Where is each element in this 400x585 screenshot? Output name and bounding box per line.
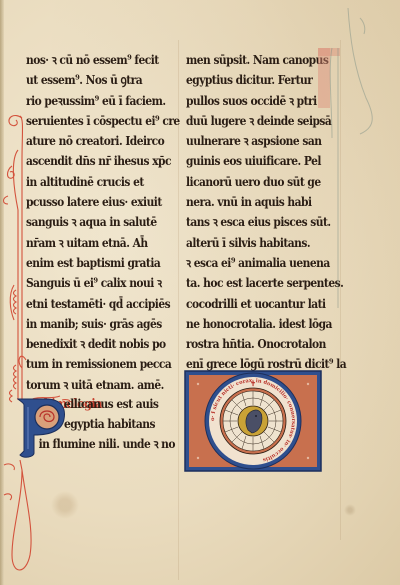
text-line: pcusso latere eius· exiuit	[26, 192, 155, 212]
text-line: ꝛ esca ei⁹ animalia uenena	[186, 253, 313, 273]
text-line: rostra hn̄tia. Onocrotalon	[186, 334, 313, 354]
initial-paragraph-last: in flumine nili. unde ꝛ no	[30, 434, 180, 454]
text-line: egyptia habitans	[64, 414, 159, 434]
text-line: sanguis ꝛ aqua in salutē	[26, 212, 155, 232]
text-line: rio peꝛussim⁹ eū ī faciem.	[26, 91, 155, 111]
text-line: uulnerare ꝛ aspsione san	[186, 131, 313, 151]
text-line: enim est baptismi gratia	[26, 253, 155, 273]
right-text-column: men sūpsit. Nam canopus egyptius dicitur…	[186, 50, 334, 395]
text-line: Sanguis ū ei⁹ calix noui ꝛ	[26, 273, 155, 293]
text-line: in flumine nili. unde ꝛ no	[30, 434, 159, 454]
text-line: ut essem⁹. Nos ū ꝯtra	[26, 70, 155, 90]
text-line: nr̄am ꝛ uitam etnā. Ah̄	[26, 233, 155, 253]
text-line: duū lugere ꝛ deinde seipsā	[186, 111, 313, 131]
text-line: benedixit ꝛ dedit nobis po	[26, 334, 155, 354]
text-line: ature nō creatori. Ideirco	[26, 131, 155, 151]
text-line: pullos suos occidē ꝛ ptri	[186, 91, 313, 111]
text-line: men sūpsit. Nam canopus	[186, 50, 313, 70]
text-line: nos· ꝛ cū nō essem⁹ fecit	[26, 50, 155, 70]
text-line: etni testamēti· qd̄ accipiēs	[26, 294, 155, 314]
text-line: in altitudinē crucis et	[26, 172, 155, 192]
text-line: egyptius dicitur. Fertur	[186, 70, 313, 90]
text-line: tum in remissionem pecca	[26, 354, 155, 374]
initial-paragraph: ellicanus est auis egyptia habitans	[64, 394, 174, 435]
text-line: ellicanus est auis	[64, 394, 159, 414]
text-line: guinis eos uiuificare. Pel	[186, 151, 313, 171]
text-line: tans ꝛ esca eius pisces sūt.	[186, 212, 313, 232]
text-line: torum ꝛ uitā etnam. amē.	[26, 375, 155, 395]
text-line: in manib; suis· grās agēs	[26, 314, 155, 334]
text-line: ascendit dn̄s nr̄ ihesus xp̄c	[26, 151, 155, 171]
text-line: seruientes ī cōspectu ei⁹ cre	[26, 111, 155, 131]
text-line: nera. vnū in aquis habi	[186, 192, 313, 212]
text-line: licanorū uero duo sūt ge	[186, 172, 313, 192]
text-line: ta. hoc est lacerte serpentes.	[186, 273, 313, 293]
manuscript-page: nos· ꝛ cū nō essem⁹ fecit ut essem⁹. Nos…	[0, 0, 400, 585]
text-line: cocodrilli et uocantur lati	[186, 294, 313, 314]
miniature-owl-roundel: ✝ o· Ɨ sicut nicti· corax· in domicilio·…	[184, 370, 322, 472]
text-line: ne honocrotalia. idest lōga	[186, 314, 313, 334]
left-text-column: nos· ꝛ cū nō essem⁹ fecit ut essem⁹. Nos…	[26, 50, 176, 415]
text-line: alterū ī silvis habitans.	[186, 233, 313, 253]
marginal-sketch	[320, 8, 390, 308]
